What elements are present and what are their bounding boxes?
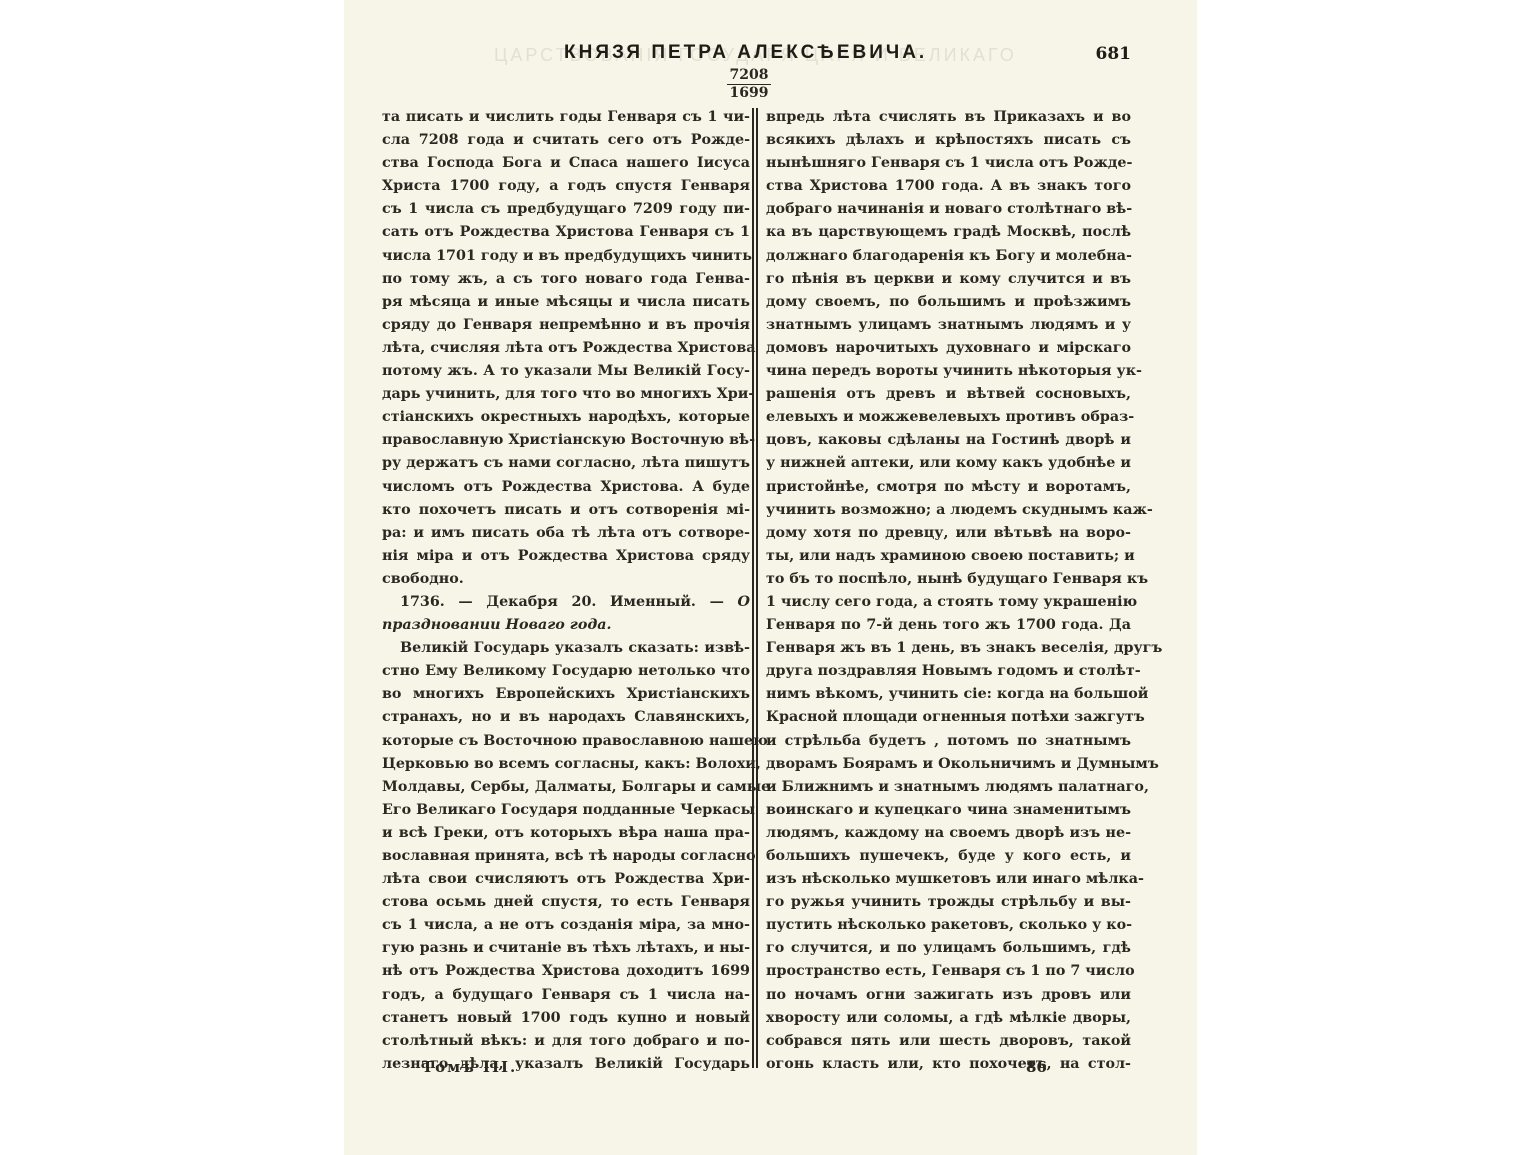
text-line: Его Великаго Государя подданные Черкасы xyxy=(382,799,750,822)
signature-mark: 86 xyxy=(1026,1058,1047,1076)
volume-label: Томъ III. xyxy=(422,1058,517,1076)
text-line: Красной площади огненныя потѣхи зажгутъ xyxy=(766,706,1131,729)
text-line: ства Господа Бога и Спаса нашего Іисуса xyxy=(382,152,750,175)
text-line: собрався пять или шесть дворовъ, такой xyxy=(766,1030,1131,1053)
text-line: всякихъ дѣлахъ и крѣпостяхъ писать съ xyxy=(766,129,1131,152)
text-line: дому своемъ, по большимъ и проѣзжимъ xyxy=(766,291,1131,314)
text-line: изъ нѣсколько мушкетовъ или инаго мѣлка- xyxy=(766,868,1131,891)
text-line: странахъ, но и въ народахъ Славянскихъ, xyxy=(382,706,750,729)
text-line: нѣ отъ Рождества Христова доходитъ 1699 xyxy=(382,960,750,983)
text-line: дарь учинить, для того что во многихъ Хр… xyxy=(382,383,750,406)
text-line: го случится, и по улицамъ большимъ, гдѣ xyxy=(766,937,1131,960)
text-line: цовъ, каковы сдѣланы на Гостинѣ дворѣ и xyxy=(766,429,1131,452)
running-head: ЦАРСТВОВАНІЯ ГОСУДАРЯ ЦАРЯ И ВЕЛИКАГО КН… xyxy=(344,42,1197,66)
text-line: во многихъ Европейскихъ Христіанскихъ xyxy=(382,683,750,706)
text-line: и Ближнимъ и знатнымъ людямъ палатнаго, xyxy=(766,776,1131,799)
text-line: дворамъ Боярамъ и Окольничимъ и Думнымъ xyxy=(766,753,1131,776)
text-line: 1 числу сего года, а стоять тому украшен… xyxy=(766,591,1131,614)
text-line: друга поздравляя Новымъ годомъ и столѣт- xyxy=(766,660,1131,683)
text-line: станетъ новый 1700 годъ купно и новый xyxy=(382,1007,750,1030)
text-line: пустить нѣсколько ракетовъ, сколько у ко… xyxy=(766,914,1131,937)
text-line: ты, или надъ храминою своею поставить; и xyxy=(766,545,1131,568)
decree-title-start: О xyxy=(738,594,750,610)
text-line: по ночамъ огни зажигать изъ дровъ или xyxy=(766,984,1131,1007)
text-line: сряду до Генваря непремѣнно и въ прочія xyxy=(382,314,750,337)
text-line: учинить возможно; а людемъ скуднымъ каж- xyxy=(766,499,1131,522)
text-line: потому жъ. А то указали Мы Великій Госу- xyxy=(382,360,750,383)
book-page: ЦАРСТВОВАНІЯ ГОСУДАРЯ ЦАРЯ И ВЕЛИКАГО КН… xyxy=(344,0,1197,1155)
year-anno-domini: 1699 xyxy=(727,85,771,102)
text-line: сла 7208 года и считать сего отъ Рожде- xyxy=(382,129,750,152)
text-line: Великій Государь указалъ сказать: извѣ- xyxy=(382,637,750,660)
text-line: огонь класть или, кто похочетъ, на стол- xyxy=(766,1053,1131,1076)
decree-heading: 1736. — Декабря 20. Именный. — О xyxy=(382,591,750,614)
text-line: стіанскихъ окрестныхъ народѣхъ, которые xyxy=(382,406,750,429)
text-line: которые съ Восточною православною нашею xyxy=(382,730,750,753)
text-line: ра: и имъ писать оба тѣ лѣта отъ сотворе… xyxy=(382,522,750,545)
text-line: дому хотя по древцу, или вѣтьвѣ на воро- xyxy=(766,522,1131,545)
text-line: стно Ему Великому Государю нетолько что xyxy=(382,660,750,683)
text-line: Церковью во всемъ согласны, какъ: Волохи… xyxy=(382,753,750,776)
text-line: кто похочетъ писать и отъ сотворенія мі- xyxy=(382,499,750,522)
text-line: у нижней аптеки, или кому какъ удобнѣе и xyxy=(766,452,1131,475)
text-line: то бъ то поспѣло, нынѣ будущаго Генваря … xyxy=(766,568,1131,591)
text-line: съ 1 числа съ предбудущаго 7209 году пи- xyxy=(382,198,750,221)
text-line: нія міра и отъ Рождества Христова сряду xyxy=(382,545,750,568)
text-line: го пѣнія въ церкви и кому случится и въ xyxy=(766,268,1131,291)
text-line: нимъ вѣкомъ, учинить сіе: когда на больш… xyxy=(766,683,1131,706)
text-line: свободно. xyxy=(382,568,750,591)
text-line: рашенія отъ древъ и вѣтвей сосновыхъ, xyxy=(766,383,1131,406)
text-line: должнаго благодаренія къ Богу и молебна- xyxy=(766,245,1131,268)
text-line: большихъ пушечекъ, буде у кого есть, и xyxy=(766,845,1131,868)
running-title: КНЯЗЯ ПЕТРА АЛЕКСѢЕВИЧА. xyxy=(564,42,927,64)
text-line: нынѣшняго Генваря съ 1 числа отъ Рожде- xyxy=(766,152,1131,175)
text-line: годъ, а будущаго Генваря съ 1 числа на- xyxy=(382,984,750,1007)
text-line: числомъ отъ Рождества Христова. А буде xyxy=(382,476,750,499)
text-line: впредь лѣта счислять въ Приказахъ и во xyxy=(766,106,1131,129)
text-line: елевыхъ и можжевелевыхъ противъ образ- xyxy=(766,406,1131,429)
text-line: Генваря по 7-й день того жъ 1700 года. Д… xyxy=(766,614,1131,637)
text-line: пристойнѣе, смотря по мѣсту и воротамъ, xyxy=(766,476,1131,499)
text-line: знатнымъ улицамъ знатнымъ людямъ и у xyxy=(766,314,1131,337)
text-line: Генваря жъ въ 1 день, въ знакъ веселія, … xyxy=(766,637,1131,660)
text-line: православную Христіанскую Восточную вѣ- xyxy=(382,429,750,452)
text-line: та писать и числить годы Генваря съ 1 чи… xyxy=(382,106,750,129)
text-line: домовъ нарочитыхъ духовнаго и мірскаго xyxy=(766,337,1131,360)
text-line: лѣта свои счисляютъ отъ Рождества Хри- xyxy=(382,868,750,891)
right-column: впредь лѣта счислять въ Приказахъ и во в… xyxy=(766,106,1131,1076)
text-line: людямъ, каждому на своемъ дворѣ изъ не- xyxy=(766,822,1131,845)
text-line: добраго начинанія и новаго столѣтнаго вѣ… xyxy=(766,198,1131,221)
text-line: чина передъ вороты учинить нѣкоторыя ук- xyxy=(766,360,1131,383)
text-line: хворосту или соломы, а гдѣ мѣлкіе дворы, xyxy=(766,1007,1131,1030)
decree-date: 1736. — Декабря 20. Именный. — xyxy=(400,594,724,610)
text-line: ря мѣсяца и иные мѣсяцы и числа писать xyxy=(382,291,750,314)
year-fraction: 7208 1699 xyxy=(727,67,771,102)
text-line: Молдавы, Сербы, Далматы, Болгары и самые xyxy=(382,776,750,799)
text-line: ру держатъ съ нами согласно, лѣта пишутъ xyxy=(382,452,750,475)
text-line: гую разнь и считаніе въ тѣхъ лѣтахъ, и н… xyxy=(382,937,750,960)
text-line: числа 1701 году и въ предбудущихъ чинить xyxy=(382,245,750,268)
text-line: Христа 1700 году, а годъ спустя Генваря xyxy=(382,175,750,198)
text-line: по тому жъ, а съ того новаго года Генва- xyxy=(382,268,750,291)
text-line: стова осьмь дней спустя, то есть Генваря xyxy=(382,891,750,914)
text-line: воинскаго и купецкаго чина знаменитымъ xyxy=(766,799,1131,822)
year-anno-mundi: 7208 xyxy=(727,67,771,85)
text-line: ства Христова 1700 года. А въ знакъ того xyxy=(766,175,1131,198)
text-line: сать отъ Рождества Христова Генваря съ 1 xyxy=(382,221,750,244)
text-line: лѣта, счисляя лѣта отъ Рождества Христов… xyxy=(382,337,750,360)
text-line: и всѣ Греки, отъ которыхъ вѣра наша пра- xyxy=(382,822,750,845)
text-line: ка въ царствующемъ градѣ Москвѣ, послѣ xyxy=(766,221,1131,244)
left-column: та писать и числить годы Генваря съ 1 чи… xyxy=(382,106,750,1076)
text-line: столѣтный вѣкъ: и для того добраго и по- xyxy=(382,1030,750,1053)
text-line: го ружья учинить трожды стрѣльбу и вы- xyxy=(766,891,1131,914)
column-divider xyxy=(752,108,758,1068)
text-line: съ 1 числа, а не отъ созданія міра, за м… xyxy=(382,914,750,937)
decree-title: праздновании Новаго года. xyxy=(382,614,750,637)
text-line: вославная принята, всѣ тѣ народы согласн… xyxy=(382,845,750,868)
text-line: и стрѣльба будетъ , потомъ по знатнымъ xyxy=(766,730,1131,753)
text-line: пространство есть, Генваря съ 1 по 7 чис… xyxy=(766,960,1131,983)
page-number: 681 xyxy=(1096,44,1132,64)
